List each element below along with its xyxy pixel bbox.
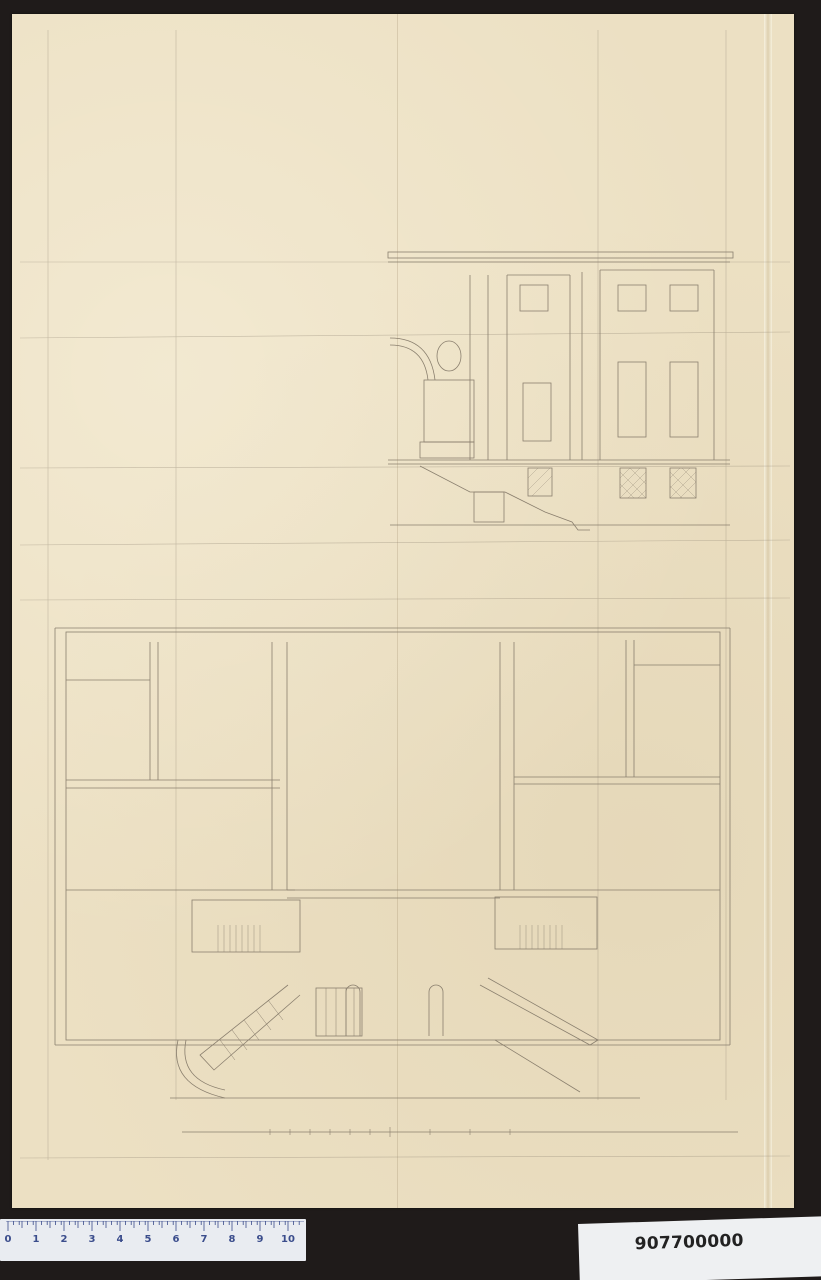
ruler-label-10: 10 bbox=[281, 1234, 295, 1245]
ruler-label-2: 2 bbox=[61, 1234, 68, 1245]
ruler-label-3: 3 bbox=[89, 1234, 96, 1245]
construction-lines bbox=[20, 30, 790, 1160]
ruler-label-1: 1 bbox=[33, 1234, 40, 1245]
ruler-label-0: 0 bbox=[5, 1234, 12, 1245]
ruler-label-5: 5 bbox=[145, 1234, 152, 1245]
catalog-number: 907700000 bbox=[634, 1231, 744, 1254]
ruler-label-7: 7 bbox=[201, 1234, 208, 1245]
ruler-label-4: 4 bbox=[117, 1234, 124, 1245]
ruler-label-9: 9 bbox=[257, 1234, 264, 1245]
floor-plan-drawing bbox=[55, 628, 738, 1137]
measurement-ruler: 0 1 2 3 4 5 6 7 8 9 10 bbox=[0, 1219, 306, 1261]
ruler-tick-marks bbox=[6, 1221, 304, 1235]
catalog-label: 907700000 bbox=[578, 1216, 821, 1280]
architectural-drawing bbox=[0, 0, 821, 1280]
elevation-drawing bbox=[388, 252, 733, 530]
ruler-label-6: 6 bbox=[173, 1234, 180, 1245]
ruler-label-8: 8 bbox=[229, 1234, 236, 1245]
